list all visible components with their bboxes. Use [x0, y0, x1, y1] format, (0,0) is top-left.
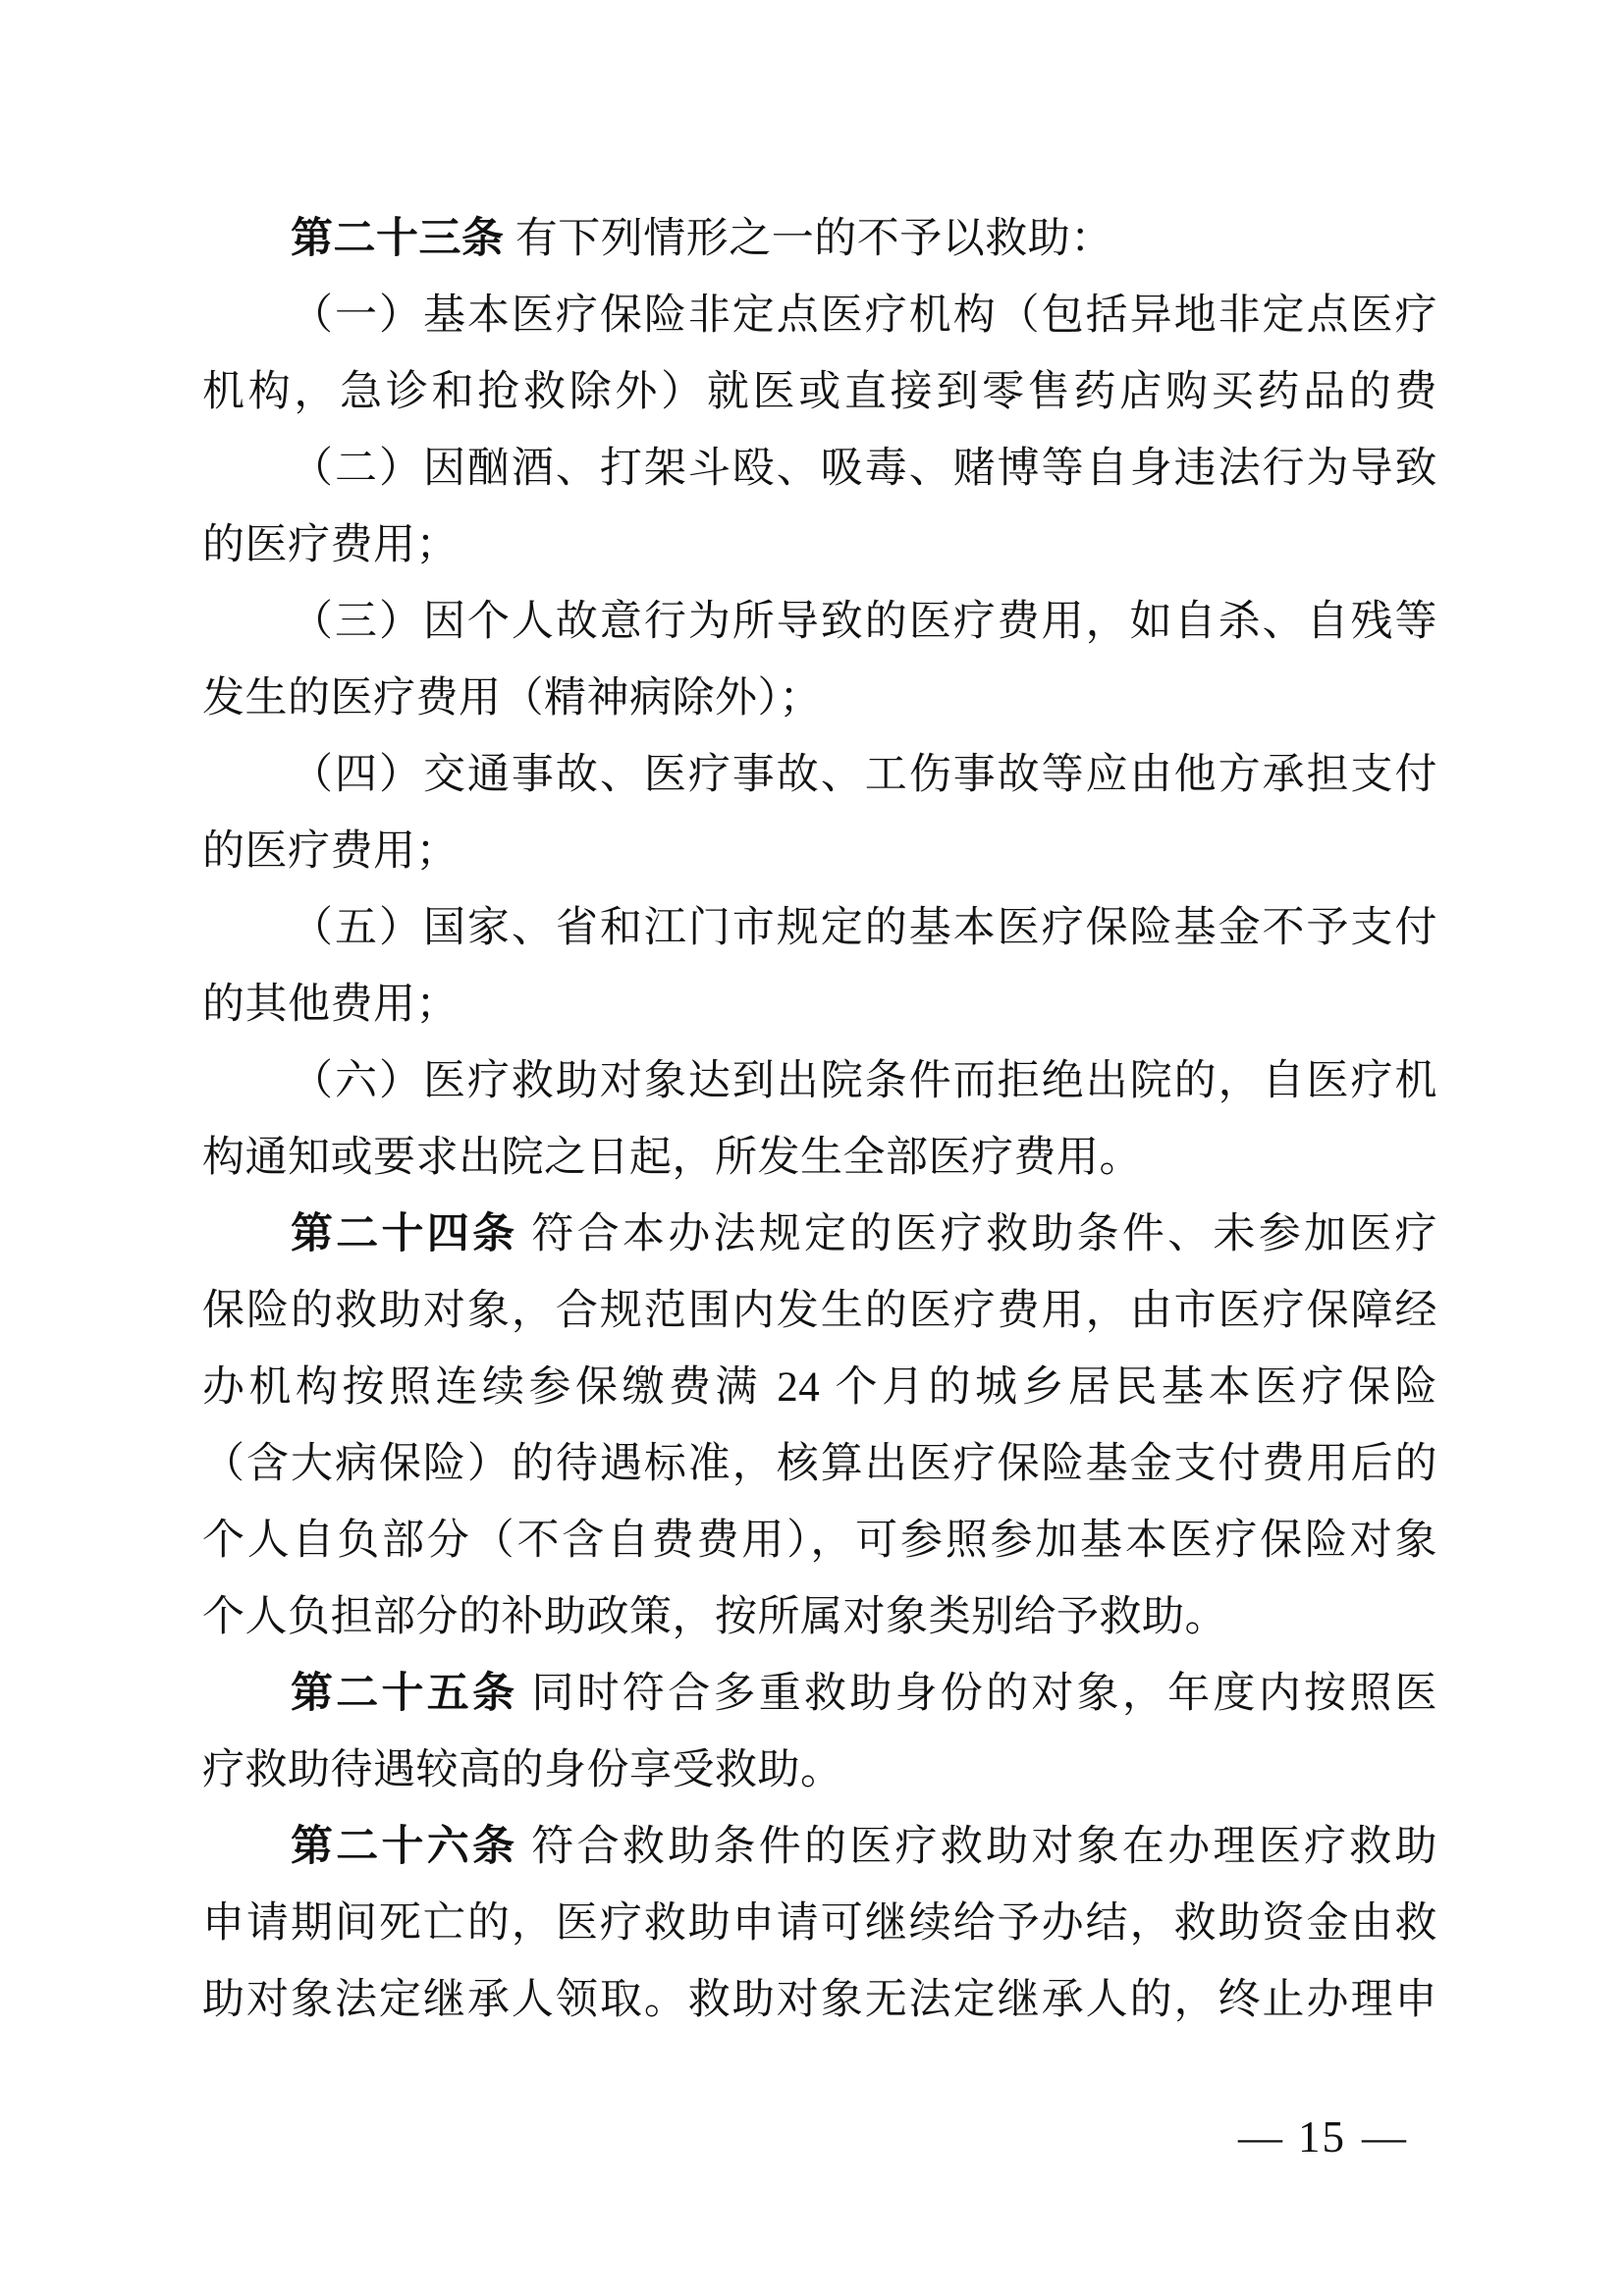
line-text: 同时符合多重救助身份的对象，年度内按照医 — [517, 1671, 1437, 1717]
article-number: 第二十三条 — [291, 216, 505, 262]
text-line: （一）基本医疗保险非定点医疗机构（包括异地非定点医疗 — [202, 278, 1437, 354]
line-text: （一）基本医疗保险非定点医疗机构（包括异地非定点医疗 — [291, 293, 1437, 339]
text-line: 疗救助待遇较高的身份享受救助。 — [202, 1733, 1437, 1809]
text-line: 申请期间死亡的，医疗救助申请可继续给予办结，救助资金由救 — [202, 1886, 1437, 1962]
text-line: 个人负担部分的补助政策，按所属对象类别给予救助。 — [202, 1579, 1437, 1656]
line-text: 申请期间死亡的，医疗救助申请可继续给予办结，救助资金由救 — [202, 1900, 1437, 1947]
line-text: （三）因个人故意行为所导致的医疗费用，如自杀、自残等 — [291, 599, 1437, 645]
line-text: 助对象法定继承人领取。救助对象无法定继承人的，终止办理申 — [202, 1977, 1437, 2023]
text-line: （三）因个人故意行为所导致的医疗费用，如自杀、自残等 — [202, 584, 1437, 661]
line-text: 疗救助待遇较高的身份享受救助。 — [202, 1747, 843, 1793]
document-body: 第二十三条 有下列情形之一的不予以救助： （一）基本医疗保险非定点医疗机构（包括… — [202, 201, 1437, 2039]
text-line: 办机构按照连续参保缴费满 24 个月的城乡居民基本医疗保险 — [202, 1350, 1437, 1426]
article-number: 第二十四条 — [291, 1211, 517, 1257]
text-line-article-26: 第二十六条 符合救助条件的医疗救助对象在办理医疗救助 — [202, 1809, 1437, 1886]
line-text: 的医疗费用； — [202, 522, 459, 568]
line-text: （二）因酗酒、打架斗殴、吸毒、赌博等自身违法行为导致 — [291, 446, 1437, 492]
footer-dash-left: — — [1238, 2112, 1282, 2162]
text-line: （含大病保险）的待遇标准，核算出医疗保险基金支付费用后的 — [202, 1426, 1437, 1503]
line-text: （含大病保险）的待遇标准，核算出医疗保险基金支付费用后的 — [202, 1441, 1437, 1487]
line-text: 机构，急诊和抢救除外）就医或直接到零售药店购买药品的费用； — [202, 369, 1437, 431]
line-text: （六）医疗救助对象达到出院条件而拒绝出院的，自医疗机 — [291, 1058, 1437, 1104]
text-line-article-24: 第二十四条 符合本办法规定的医疗救助条件、未参加医疗 — [202, 1197, 1437, 1273]
article-number: 第二十六条 — [291, 1824, 517, 1870]
text-line: 的其他费用； — [202, 967, 1437, 1043]
article-number: 第二十五条 — [291, 1671, 517, 1717]
page-footer: —15— — [1222, 2112, 1422, 2162]
line-text: 发生的医疗费用（精神病除外）； — [202, 675, 822, 721]
text-line: 个人自负部分（不含自费费用），可参照参加基本医疗保险对象 — [202, 1503, 1437, 1579]
line-text: （五）国家、省和江门市规定的基本医疗保险基金不予支付 — [291, 905, 1437, 951]
text-line: 发生的医疗费用（精神病除外）； — [202, 661, 1437, 737]
line-text: 构通知或要求出院之日起，所发生全部医疗费用。 — [202, 1135, 1142, 1181]
page-number: 15 — [1298, 2112, 1346, 2162]
line-text: 符合本办法规定的医疗救助条件、未参加医疗 — [517, 1211, 1437, 1257]
line-text: 个人负担部分的补助政策，按所属对象类别给予救助。 — [202, 1594, 1227, 1640]
text-line: 机构，急诊和抢救除外）就医或直接到零售药店购买药品的费用； — [202, 354, 1437, 431]
text-line: （六）医疗救助对象达到出院条件而拒绝出院的，自医疗机 — [202, 1043, 1437, 1120]
text-line: 的医疗费用； — [202, 814, 1437, 890]
text-line: 保险的救助对象，合规范围内发生的医疗费用，由市医疗保障经 — [202, 1273, 1437, 1350]
text-line: 构通知或要求出院之日起，所发生全部医疗费用。 — [202, 1120, 1437, 1197]
line-text: 的其他费用； — [202, 982, 459, 1028]
line-text: （四）交通事故、医疗事故、工伤事故等应由他方承担支付 — [291, 752, 1437, 798]
text-line: 的医疗费用； — [202, 507, 1437, 584]
text-line: 助对象法定继承人领取。救助对象无法定继承人的，终止办理申 — [202, 1962, 1437, 2039]
text-line: （二）因酗酒、打架斗殴、吸毒、赌博等自身违法行为导致 — [202, 431, 1437, 507]
line-text: 保险的救助对象，合规范围内发生的医疗费用，由市医疗保障经 — [202, 1288, 1437, 1334]
text-line: （四）交通事故、医疗事故、工伤事故等应由他方承担支付 — [202, 737, 1437, 814]
line-text: 个人自负部分（不含自费费用），可参照参加基本医疗保险对象 — [202, 1518, 1437, 1564]
document-page: 第二十三条 有下列情形之一的不予以救助： （一）基本医疗保险非定点医疗机构（包括… — [0, 0, 1624, 2296]
line-text: 有下列情形之一的不予以救助： — [505, 216, 1113, 262]
line-text: 的医疗费用； — [202, 828, 459, 875]
footer-dash-right: — — [1362, 2112, 1406, 2162]
text-line-article-23: 第二十三条 有下列情形之一的不予以救助： — [202, 201, 1437, 278]
line-text: 办机构按照连续参保缴费满 24 个月的城乡居民基本医疗保险 — [202, 1364, 1437, 1411]
line-text: 符合救助条件的医疗救助对象在办理医疗救助 — [517, 1824, 1437, 1870]
text-line-article-25: 第二十五条 同时符合多重救助身份的对象，年度内按照医 — [202, 1656, 1437, 1733]
text-line: （五）国家、省和江门市规定的基本医疗保险基金不予支付 — [202, 890, 1437, 967]
